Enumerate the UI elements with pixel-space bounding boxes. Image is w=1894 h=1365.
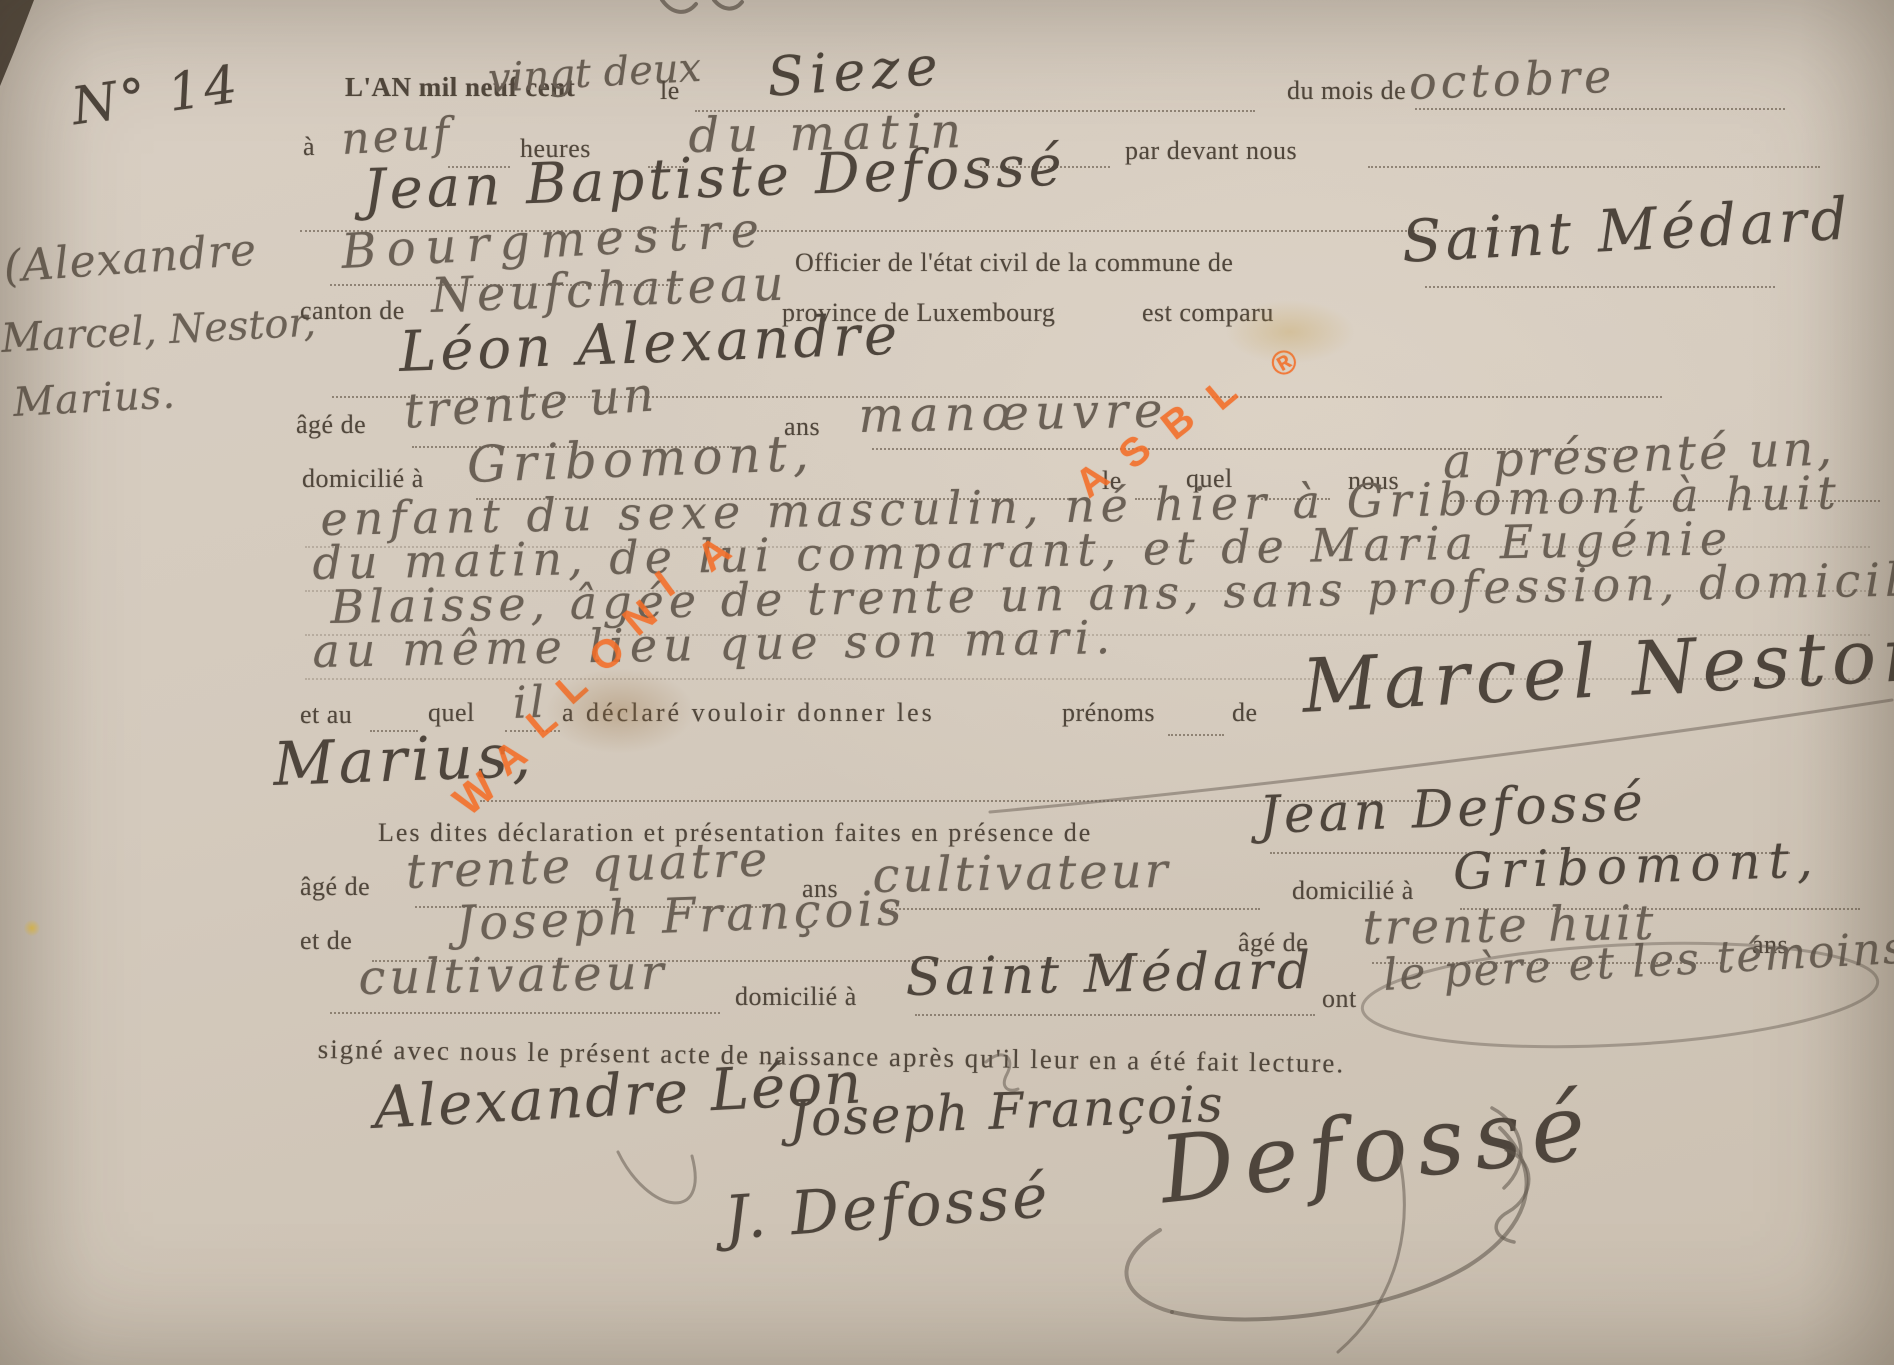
- dotted-blank-line: [915, 1014, 1315, 1016]
- form-label-ont: ont: [1322, 984, 1357, 1014]
- form-label-le: le: [660, 76, 680, 106]
- form-label-month: du mois de: [1287, 76, 1406, 106]
- scan-corner-shadow: [0, 0, 34, 86]
- form-label-et-au: et au: [300, 700, 352, 730]
- form-label-age-de: âgé de: [296, 410, 366, 440]
- dotted-blank-line: [330, 1012, 720, 1014]
- dotted-blank-line: [1415, 108, 1785, 110]
- witness1-occupation: cultivateur: [872, 843, 1171, 904]
- child-given-names: Marcel Nestor: [1300, 611, 1894, 729]
- ruled-line: [305, 546, 1870, 548]
- form-label-prenoms: prénoms: [1062, 698, 1155, 728]
- paper-speck: [24, 920, 40, 936]
- form-label-age-de2: âgé de: [300, 872, 370, 902]
- form-label-de: de: [1232, 698, 1258, 728]
- dotted-blank-line: [1168, 734, 1224, 736]
- dotted-blank-line: [880, 908, 1260, 910]
- birth-certificate-scan: N° 14 (Alexandre Marcel, Nestor, Marius.…: [0, 0, 1894, 1365]
- form-label-par-devant-nous: par devant nous: [1125, 136, 1297, 166]
- witness2-residence: Saint Médard: [905, 941, 1315, 1008]
- signature-witness1: J. Defossé: [722, 1161, 1053, 1254]
- form-label-canton: canton de: [300, 296, 405, 326]
- dotted-blank-line: [1368, 166, 1820, 168]
- form-label-a: à: [303, 132, 315, 162]
- margin-act-number: N° 14: [68, 54, 244, 137]
- margin-child-name-line3: Marius.: [12, 371, 177, 425]
- witness1-residence: Gribomont,: [1452, 830, 1821, 901]
- witness1-name: Jean Defossé: [1258, 772, 1648, 845]
- ruled-line: [305, 590, 1870, 592]
- witness2-occupation: cultivateur: [358, 945, 668, 1006]
- form-label-domicilie-a3: domicilié à: [735, 982, 857, 1012]
- registered-trademark-icon: ®: [1264, 340, 1305, 386]
- form-label-et-de: et de: [300, 926, 352, 956]
- margin-child-name-line2: Marcel, Nestor,: [0, 300, 317, 362]
- dotted-blank-line: [1425, 286, 1775, 288]
- margin-child-name-line1: (Alexandre: [2, 224, 259, 293]
- form-label-officier-etat-civil: Officier de l'état civil de la commune d…: [795, 248, 1233, 278]
- form-label-est-comparu: est comparu: [1142, 298, 1274, 328]
- watermark-letter: L: [1198, 369, 1246, 419]
- entry-day: Sieze: [765, 34, 946, 109]
- commune-name: Saint Médard: [1400, 184, 1853, 275]
- entry-month: octobre: [1408, 49, 1616, 110]
- form-label-declare-donner: a déclaré vouloir donner les: [562, 698, 935, 728]
